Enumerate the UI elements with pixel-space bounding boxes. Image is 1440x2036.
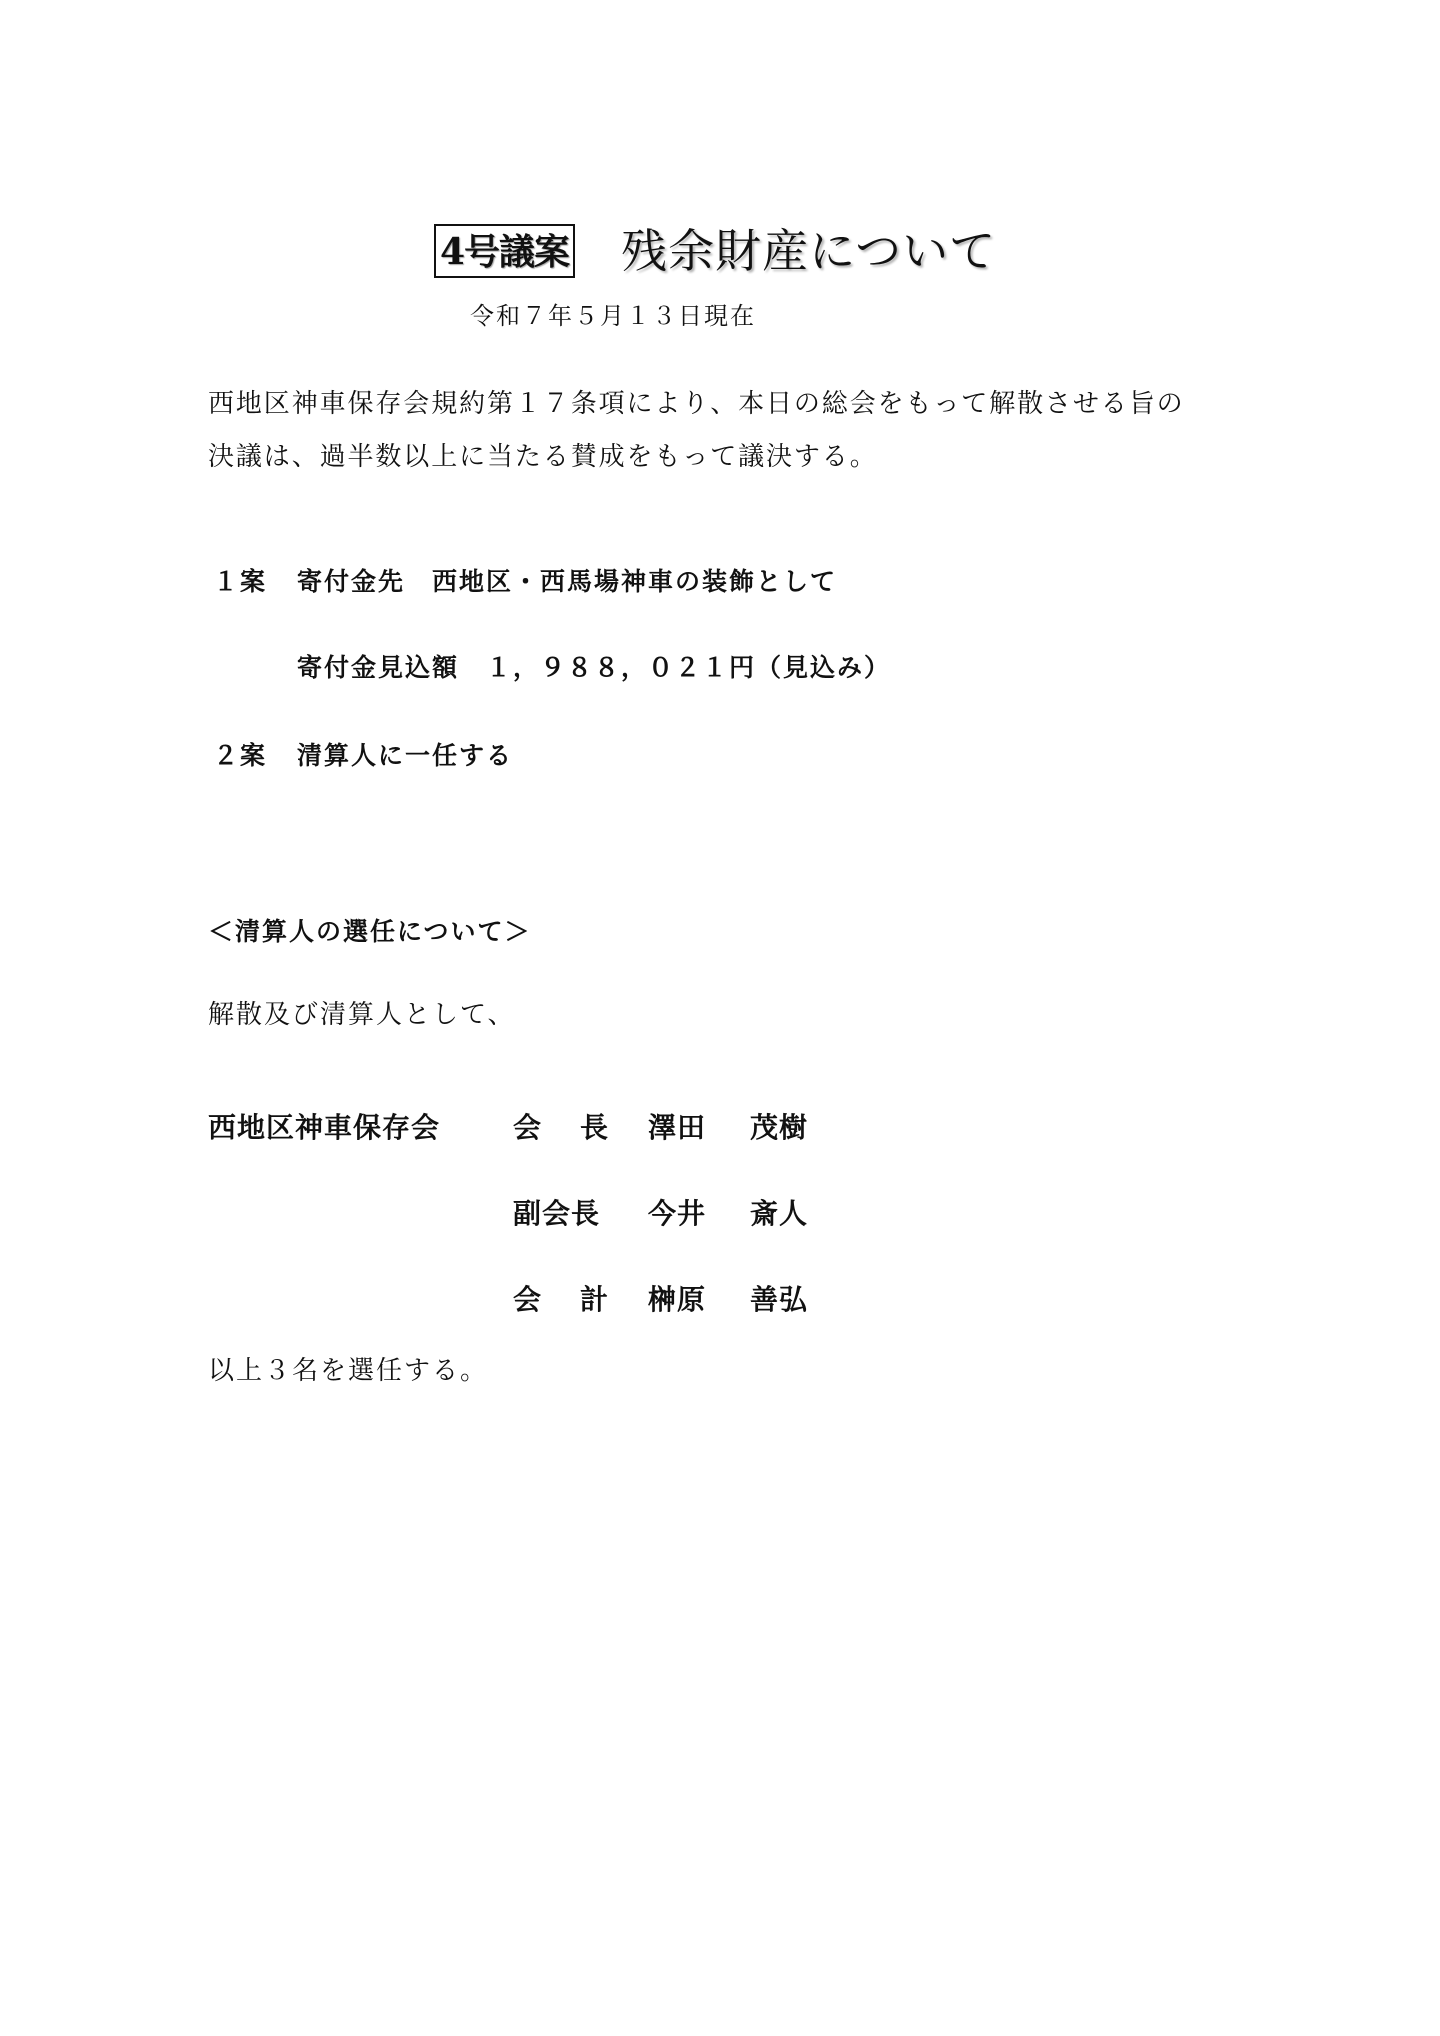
plan-2-text: 清算人に一任する <box>297 736 513 772</box>
closing-statement: 以上３名を選任する。 <box>208 1350 488 1387</box>
officer-given-name-vice-president: 斎人 <box>750 1192 808 1232</box>
donation-amount: 寄付金見込額 １，９８８，０２１円（見込み） <box>297 648 891 684</box>
plan-1-text: 寄付金先 西地区・西馬場神車の装飾として <box>297 562 837 598</box>
organization-name: 西地区神車保存会 <box>208 1106 440 1146</box>
officer-role-treasurer: 会 計 <box>513 1278 609 1318</box>
document-title-row: 4号議案 残余財産について <box>434 222 996 280</box>
officer-surname-treasurer: 榊原 <box>648 1278 706 1318</box>
as-of-date: 令和７年５月１３日現在 <box>470 296 756 331</box>
officer-role-president: 会 長 <box>513 1106 609 1146</box>
plan-2-number: ２案 <box>213 736 267 772</box>
role-char: 会 <box>513 1278 542 1318</box>
resolution-paragraph-line-1: 西地区神車保存会規約第１７条項により、本日の総会をもって解散させる旨の <box>208 383 1185 420</box>
role-char: 長 <box>580 1106 609 1146</box>
role-char: 計 <box>580 1278 609 1318</box>
officer-surname-vice-president: 今井 <box>648 1192 706 1232</box>
officer-surname-president: 澤田 <box>648 1106 706 1146</box>
liquidator-section-heading: ＜清算人の選任について＞ <box>208 912 532 948</box>
document-page: 4号議案 残余財産について 令和７年５月１３日現在 西地区神車保存会規約第１７条… <box>0 0 1440 2036</box>
plan-1-number: １案 <box>213 562 267 598</box>
resolution-paragraph-line-2: 決議は、過半数以上に当たる賛成をもって議決する。 <box>208 436 878 473</box>
officer-given-name-president: 茂樹 <box>750 1106 808 1146</box>
liquidator-lead-text: 解散及び清算人として、 <box>208 994 515 1031</box>
officer-role-vice-president: 副会長 <box>513 1192 613 1232</box>
officer-given-name-treasurer: 善弘 <box>750 1278 808 1318</box>
role-char: 会 <box>513 1106 542 1146</box>
document-title: 残余財産について <box>621 222 996 280</box>
agenda-number-badge: 4号議案 <box>434 224 575 278</box>
